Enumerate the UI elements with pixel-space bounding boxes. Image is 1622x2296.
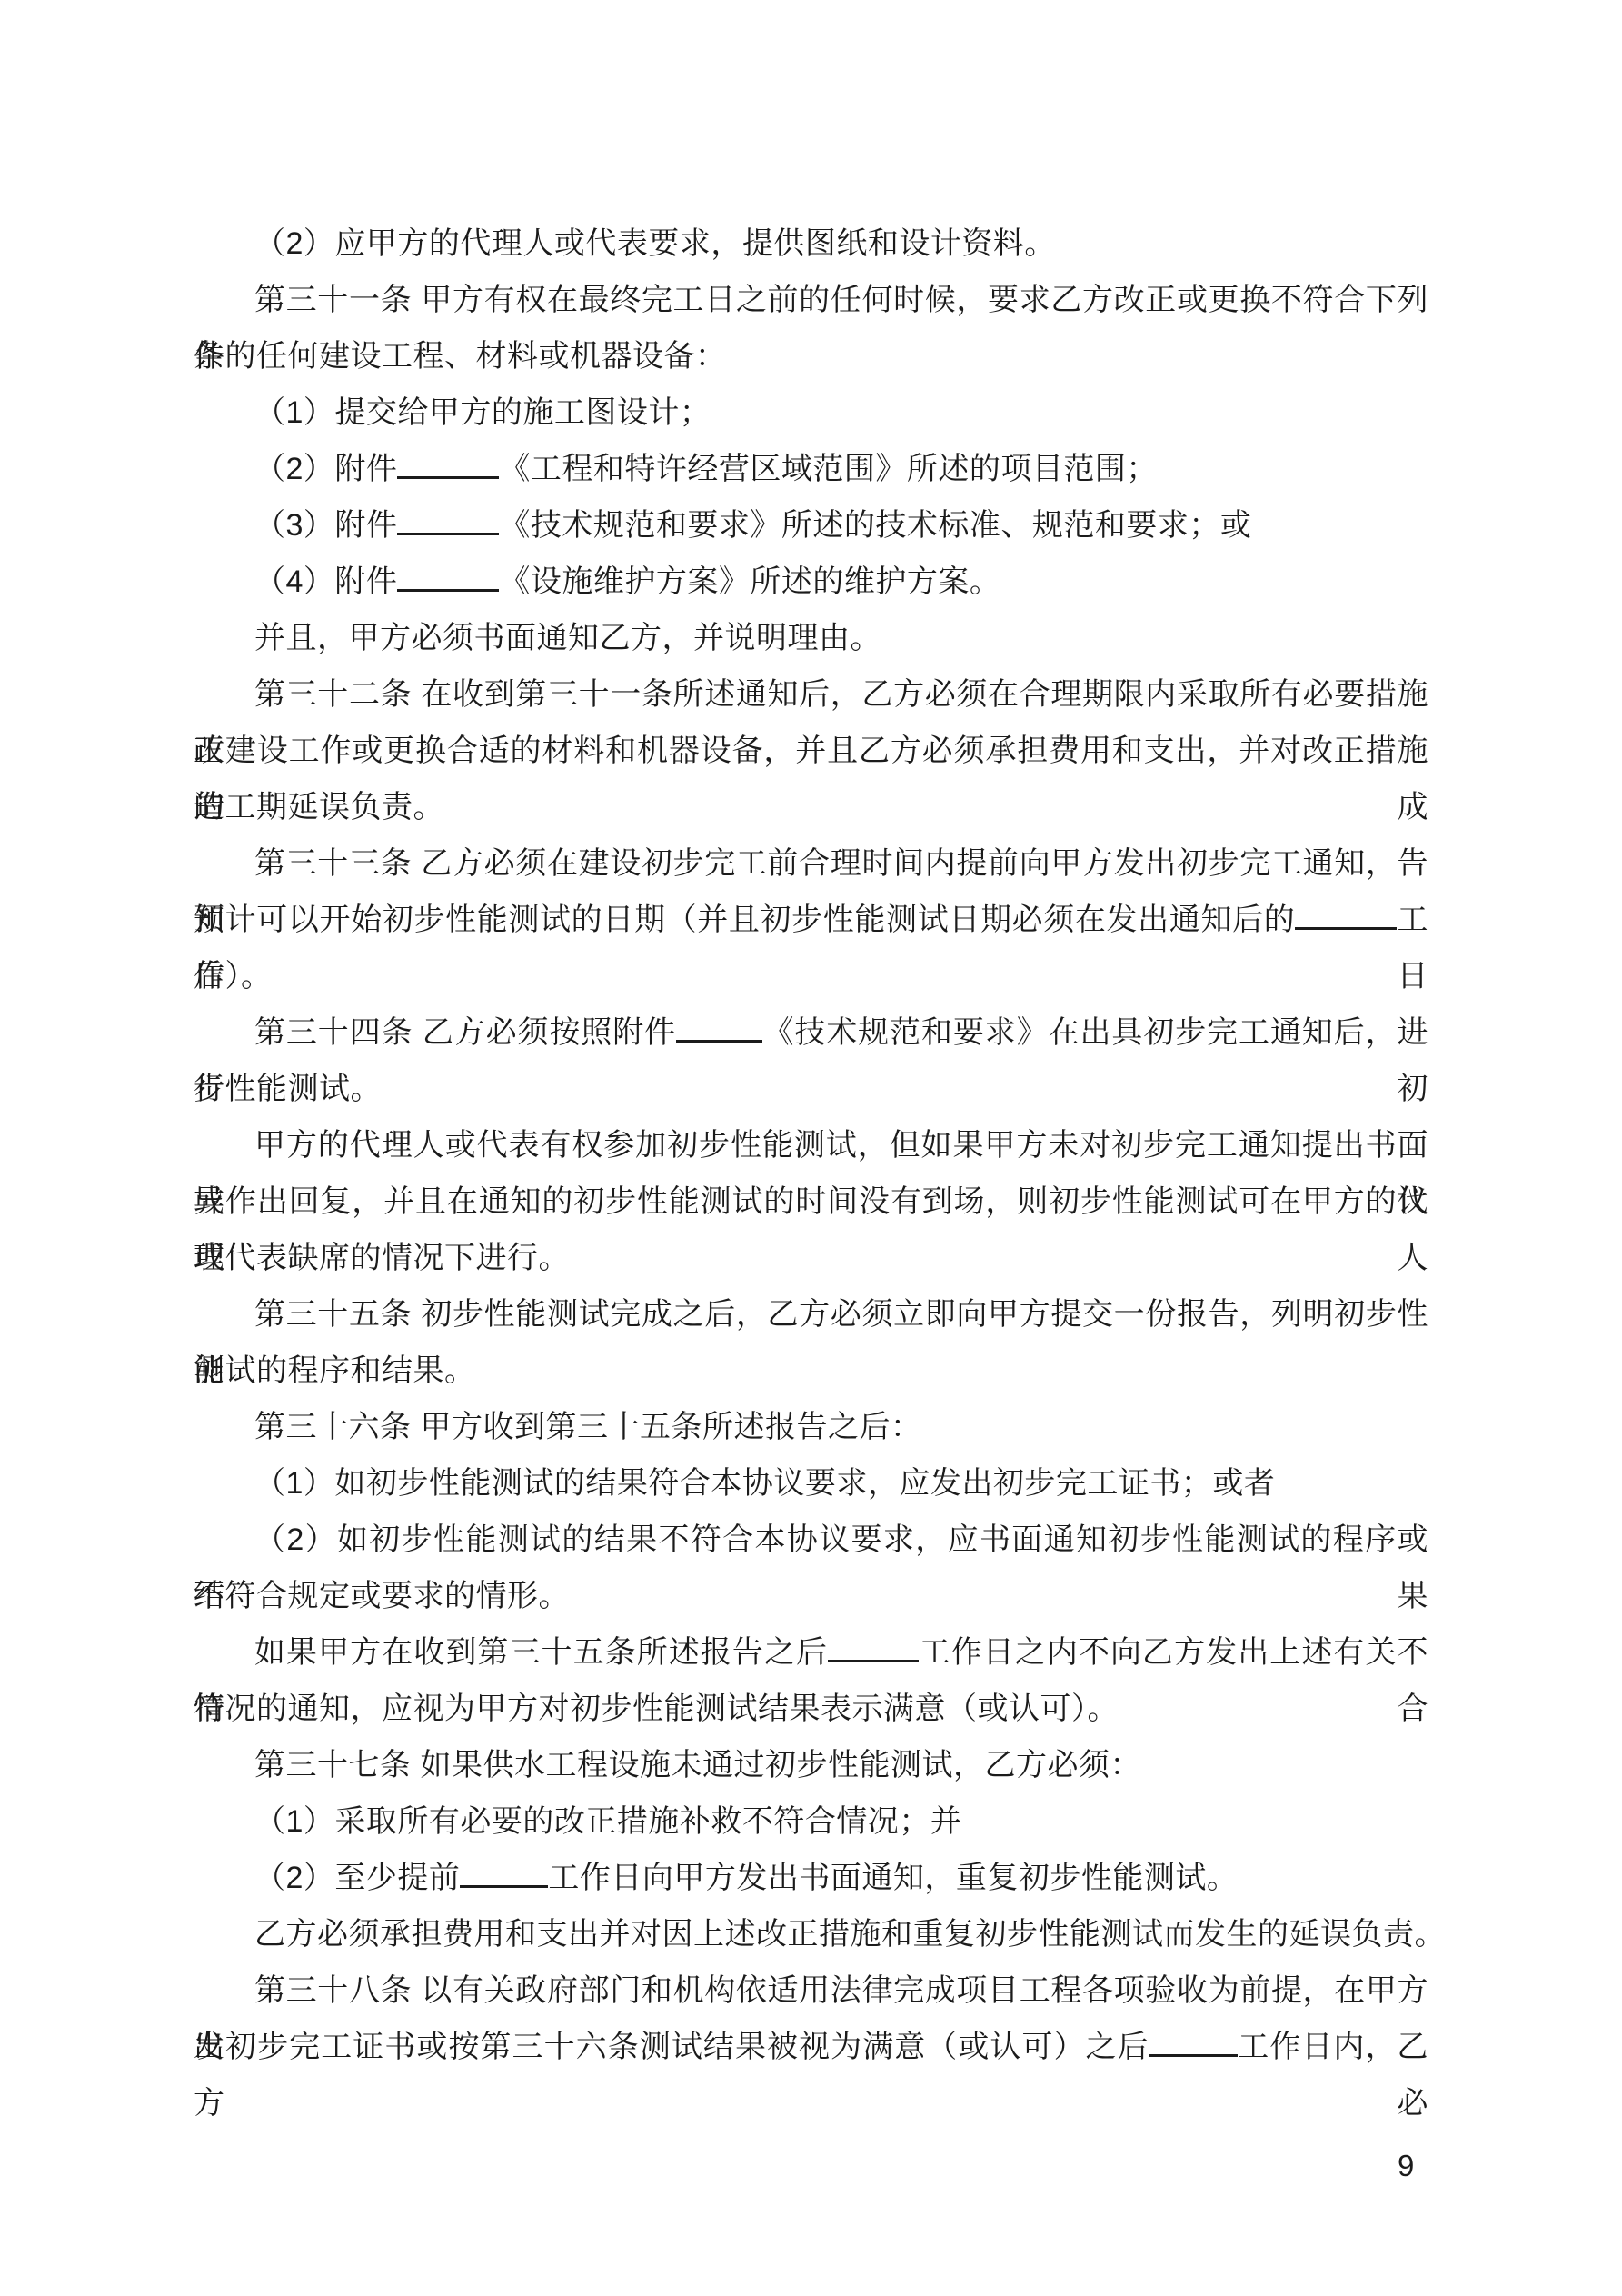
text-segment: 《设施维护方案》所述的维护方案。 xyxy=(499,564,1000,599)
text-segment: 并且，甲方必须书面通知乙方，并说明理由。 xyxy=(254,621,881,655)
document-body: （2）应甲方的代理人或代表要求，提供图纸和设计资料。第三十一条 甲方有权在最终完… xyxy=(194,215,1428,2075)
text-line: 第三十三条 乙方必须在建设初步完工前合理时间内提前向甲方发出初步完工通知，告知 xyxy=(194,835,1428,892)
blank-underline xyxy=(676,1011,762,1043)
text-segment: 乙方必须承担费用和支出并对因上述改正措施和重复初步性能测试而发生的延误负责。 xyxy=(254,1917,1446,1952)
text-segment: 出初步完工证书或按第三十六条测试结果被视为满意（或认可）之后 xyxy=(194,2030,1149,2064)
text-segment: （3）附件 xyxy=(254,508,397,543)
text-line: 第三十四条 乙方必须按照附件《技术规范和要求》在出具初步完工通知后，进行初 xyxy=(194,1004,1428,1061)
text-segment: 第三十六条 甲方收到第三十五条所述报告之后： xyxy=(254,1410,921,1444)
blank-underline xyxy=(460,1856,548,1888)
text-segment: 的工期延误负责。 xyxy=(194,790,444,824)
text-line: （4）附件《设施维护方案》所述的维护方案。 xyxy=(194,554,1428,610)
blank-underline xyxy=(397,447,499,479)
blank-underline xyxy=(828,1631,919,1662)
document-page: （2）应甲方的代理人或代表要求，提供图纸和设计资料。第三十一条 甲方有权在最终完… xyxy=(0,0,1622,2296)
text-line: 乙方必须承担费用和支出并对因上述改正措施和重复初步性能测试而发生的延误负责。 xyxy=(194,1906,1428,1962)
text-segment: 不符合规定或要求的情形。 xyxy=(194,1579,570,1613)
text-line: 第三十五条 初步性能测试完成之后，乙方必须立即向甲方提交一份报告，列明初步性能 xyxy=(194,1286,1428,1343)
text-line: 第三十二条 在收到第三十一条所述通知后，乙方必须在合理期限内采取所有必要措施改 xyxy=(194,666,1428,723)
text-line: 第三十六条 甲方收到第三十五条所述报告之后： xyxy=(194,1399,1428,1455)
text-segment: （1）如初步性能测试的结果符合本协议要求，应发出初步完工证书；或者 xyxy=(254,1466,1275,1501)
text-segment: 预计可以开始初步性能测试的日期（并且初步性能测试日期必须在发出通知后的 xyxy=(194,903,1295,937)
text-line: （1）如初步性能测试的结果符合本协议要求，应发出初步完工证书；或者 xyxy=(194,1455,1428,1512)
text-segment: 后）。 xyxy=(194,959,273,993)
text-segment: （1）采取所有必要的改正措施补救不符合情况；并 xyxy=(254,1804,961,1839)
blank-underline xyxy=(397,560,499,592)
text-segment: 《技术规范和要求》所述的技术标准、规范和要求；或 xyxy=(499,508,1251,543)
text-line: 件的任何建设工程、材料或机器设备： xyxy=(194,328,1428,384)
text-segment: （1）提交给甲方的施工图设计； xyxy=(254,395,711,430)
text-line: 出初步完工证书或按第三十六条测试结果被视为满意（或认可）之后工作日内，乙方必 xyxy=(194,2019,1428,2075)
text-segment: 第三十七条 如果供水工程设施未通过初步性能测试，乙方必须： xyxy=(254,1748,1141,1782)
text-line: 测试的程序和结果。 xyxy=(194,1343,1428,1399)
text-segment: 《工程和特许经营区域范围》所述的项目范围； xyxy=(499,452,1158,486)
blank-underline xyxy=(1295,898,1397,930)
text-segment: 情况的通知，应视为甲方对初步性能测试结果表示满意（或认可）。 xyxy=(194,1692,1119,1726)
text-line: 预计可以开始初步性能测试的日期（并且初步性能测试日期必须在发出通知后的工作日 xyxy=(194,892,1428,948)
page-number: 9 xyxy=(1398,2138,1414,2194)
text-line: 或作出回复，并且在通知的初步性能测试的时间没有到场，则初步性能测试可在甲方的代理… xyxy=(194,1173,1428,1230)
text-line: 第三十八条 以有关政府部门和机构依适用法律完成项目工程各项验收为前提，在甲方发 xyxy=(194,1962,1428,2019)
text-segment: 或代表缺席的情况下进行。 xyxy=(194,1241,570,1275)
text-line: 正建设工作或更换合适的材料和机器设备，并且乙方必须承担费用和支出，并对改正措施造… xyxy=(194,723,1428,779)
text-segment: 如果甲方在收到第三十五条所述报告之后 xyxy=(254,1635,828,1670)
text-segment: （2）至少提前 xyxy=(254,1861,460,1895)
text-line: 甲方的代理人或代表有权参加初步性能测试，但如果甲方未对初步完工通知提出书面异议 xyxy=(194,1117,1428,1173)
text-segment: （4）附件 xyxy=(254,564,397,599)
text-line: （2）如初步性能测试的结果不符合本协议要求，应书面通知初步性能测试的程序或结果 xyxy=(194,1512,1428,1568)
text-segment: 测试的程序和结果。 xyxy=(194,1353,476,1388)
text-segment: 第三十四条 乙方必须按照附件 xyxy=(254,1015,676,1050)
text-line: （3）附件《技术规范和要求》所述的技术标准、规范和要求；或 xyxy=(194,497,1428,554)
text-line: 如果甲方在收到第三十五条所述报告之后工作日之内不向乙方发出上述有关不符合 xyxy=(194,1624,1428,1681)
blank-underline xyxy=(397,504,499,535)
text-segment: （2）应甲方的代理人或代表要求，提供图纸和设计资料。 xyxy=(254,226,1056,261)
text-line: （2）至少提前工作日向甲方发出书面通知，重复初步性能测试。 xyxy=(194,1850,1428,1906)
text-line: （2）附件《工程和特许经营区域范围》所述的项目范围； xyxy=(194,441,1428,497)
text-segment: 工作日向甲方发出书面通知，重复初步性能测试。 xyxy=(548,1861,1238,1895)
text-line: 并且，甲方必须书面通知乙方，并说明理由。 xyxy=(194,610,1428,666)
text-line: （1）采取所有必要的改正措施补救不符合情况；并 xyxy=(194,1793,1428,1850)
text-line: （2）应甲方的代理人或代表要求，提供图纸和设计资料。 xyxy=(194,215,1428,272)
blank-underline xyxy=(1149,2025,1238,2057)
text-segment: 步性能测试。 xyxy=(194,1072,382,1106)
text-segment: 件的任何建设工程、材料或机器设备： xyxy=(194,339,727,374)
text-line: 第三十一条 甲方有权在最终完工日之前的任何时候，要求乙方改正或更换不符合下列条 xyxy=(194,272,1428,328)
text-segment: （2）附件 xyxy=(254,452,397,486)
text-line: 第三十七条 如果供水工程设施未通过初步性能测试，乙方必须： xyxy=(194,1737,1428,1793)
text-line: （1）提交给甲方的施工图设计； xyxy=(194,384,1428,441)
